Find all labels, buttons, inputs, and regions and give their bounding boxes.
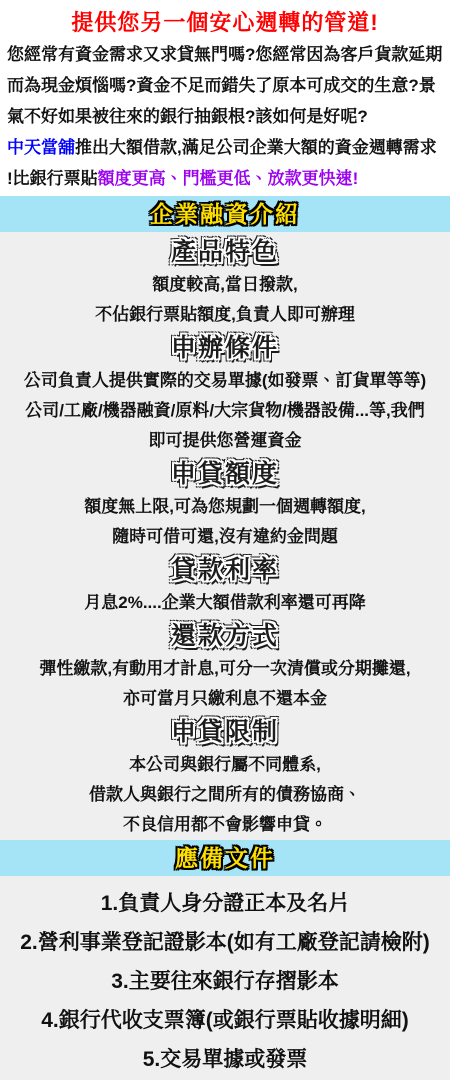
- intro-line: 氣不好如果被往來的銀行抽銀根?該如何是好呢?: [7, 101, 443, 132]
- banner-required-documents: 應備文件: [0, 840, 450, 876]
- intro-line-text: !比銀行票貼: [7, 169, 98, 188]
- documents-list: 1.負責人身分證正本及名片 2.營利事業登記證影本(如有工廠登記請檢附) 3.主…: [0, 876, 450, 1079]
- section-line: 不良信用都不會影響申貸。: [0, 810, 450, 840]
- document-item: 3.主要往來銀行存摺影本: [0, 962, 450, 1001]
- section-line: 公司/工廠/機器融資/原料/大宗貨物/機器設備...等,我們: [0, 396, 450, 426]
- header: 提供您另一個安心週轉的管道! 您經常有資金需求又求貸無門嗎?您經常因為客戶貨款延…: [0, 0, 450, 196]
- banner-financing-intro: 企業融資介紹: [0, 196, 450, 232]
- section-application-conditions: 申辦條件 公司負責人提供實際的交易單據(如發票、訂貨單等等) 公司/工廠/機器融…: [0, 330, 450, 456]
- document-item: 2.營利事業登記證影本(如有工廠登記請檢附): [0, 923, 450, 962]
- section-repayment-method: 還款方式 彈性繳款,有動用才計息,可分一次清償或分期攤還, 亦可當月只繳利息不還…: [0, 618, 450, 714]
- document-item: 4.銀行代收支票簿(或銀行票貼收據明細): [0, 1001, 450, 1040]
- section-loan-amount: 申貸額度 額度無上限,可為您規劃一個週轉額度, 隨時可借可還,沒有違約金問題: [0, 456, 450, 552]
- intro-line: !比銀行票貼額度更高、門檻更低、放款更快速!: [7, 163, 443, 194]
- section-heading: 申貸限制: [0, 714, 450, 750]
- section-line: 彈性繳款,有動用才計息,可分一次清償或分期攤還,: [0, 654, 450, 684]
- section-heading: 還款方式: [0, 618, 450, 654]
- section-loan-restrictions: 申貸限制 本公司與銀行屬不同體系, 借款人與銀行之間所有的債務協商、 不良信用都…: [0, 714, 450, 840]
- section-line: 隨時可借可還,沒有違約金問題: [0, 522, 450, 552]
- section-heading: 申貸額度: [0, 456, 450, 492]
- intro-line-text: 推出大額借款,滿足公司企業大額的資金週轉需求: [75, 138, 437, 157]
- section-line: 額度較高,當日撥款,: [0, 270, 450, 300]
- section-line: 借款人與銀行之間所有的債務協商、: [0, 780, 450, 810]
- section-line: 額度無上限,可為您規劃一個週轉額度,: [0, 492, 450, 522]
- section-interest-rate: 貸款利率 月息2%....企業大額借款利率還可再降: [0, 552, 450, 618]
- document-item: 5.交易單據或發票: [0, 1040, 450, 1079]
- highlight-text: 額度更高、門檻更低、放款更快速!: [98, 169, 359, 188]
- section-heading: 產品特色: [0, 234, 450, 270]
- section-product-features: 產品特色 額度較高,當日撥款, 不佔銀行票貼額度,負責人即可辦理: [0, 234, 450, 330]
- page-title: 提供您另一個安心週轉的管道!: [0, 6, 450, 39]
- section-line: 公司負責人提供實際的交易單據(如發票、訂貨單等等): [0, 366, 450, 396]
- section-line: 亦可當月只繳利息不還本金: [0, 684, 450, 714]
- section-line: 即可提供您營運資金: [0, 426, 450, 456]
- intro-paragraph: 您經常有資金需求又求貸無門嗎?您經常因為客戶貨款延期 而為現金煩惱嗎?資金不足而…: [0, 39, 450, 194]
- intro-line: 而為現金煩惱嗎?資金不足而錯失了原本可成交的生意?景: [7, 70, 443, 101]
- section-line: 本公司與銀行屬不同體系,: [0, 750, 450, 780]
- intro-line: 您經常有資金需求又求貸無門嗎?您經常因為客戶貨款延期: [7, 39, 443, 70]
- section-heading: 申辦條件: [0, 330, 450, 366]
- document-item: 1.負責人身分證正本及名片: [0, 884, 450, 923]
- brand-link[interactable]: 中天當舖: [7, 138, 75, 157]
- intro-line: 中天當舖推出大額借款,滿足公司企業大額的資金週轉需求: [7, 132, 443, 163]
- sections-container: 產品特色 額度較高,當日撥款, 不佔銀行票貼額度,負責人即可辦理 申辦條件 公司…: [0, 232, 450, 840]
- section-heading: 貸款利率: [0, 552, 450, 588]
- section-line: 月息2%....企業大額借款利率還可再降: [0, 588, 450, 618]
- section-line: 不佔銀行票貼額度,負責人即可辦理: [0, 300, 450, 330]
- flyer-page: 提供您另一個安心週轉的管道! 您經常有資金需求又求貸無門嗎?您經常因為客戶貨款延…: [0, 0, 450, 1080]
